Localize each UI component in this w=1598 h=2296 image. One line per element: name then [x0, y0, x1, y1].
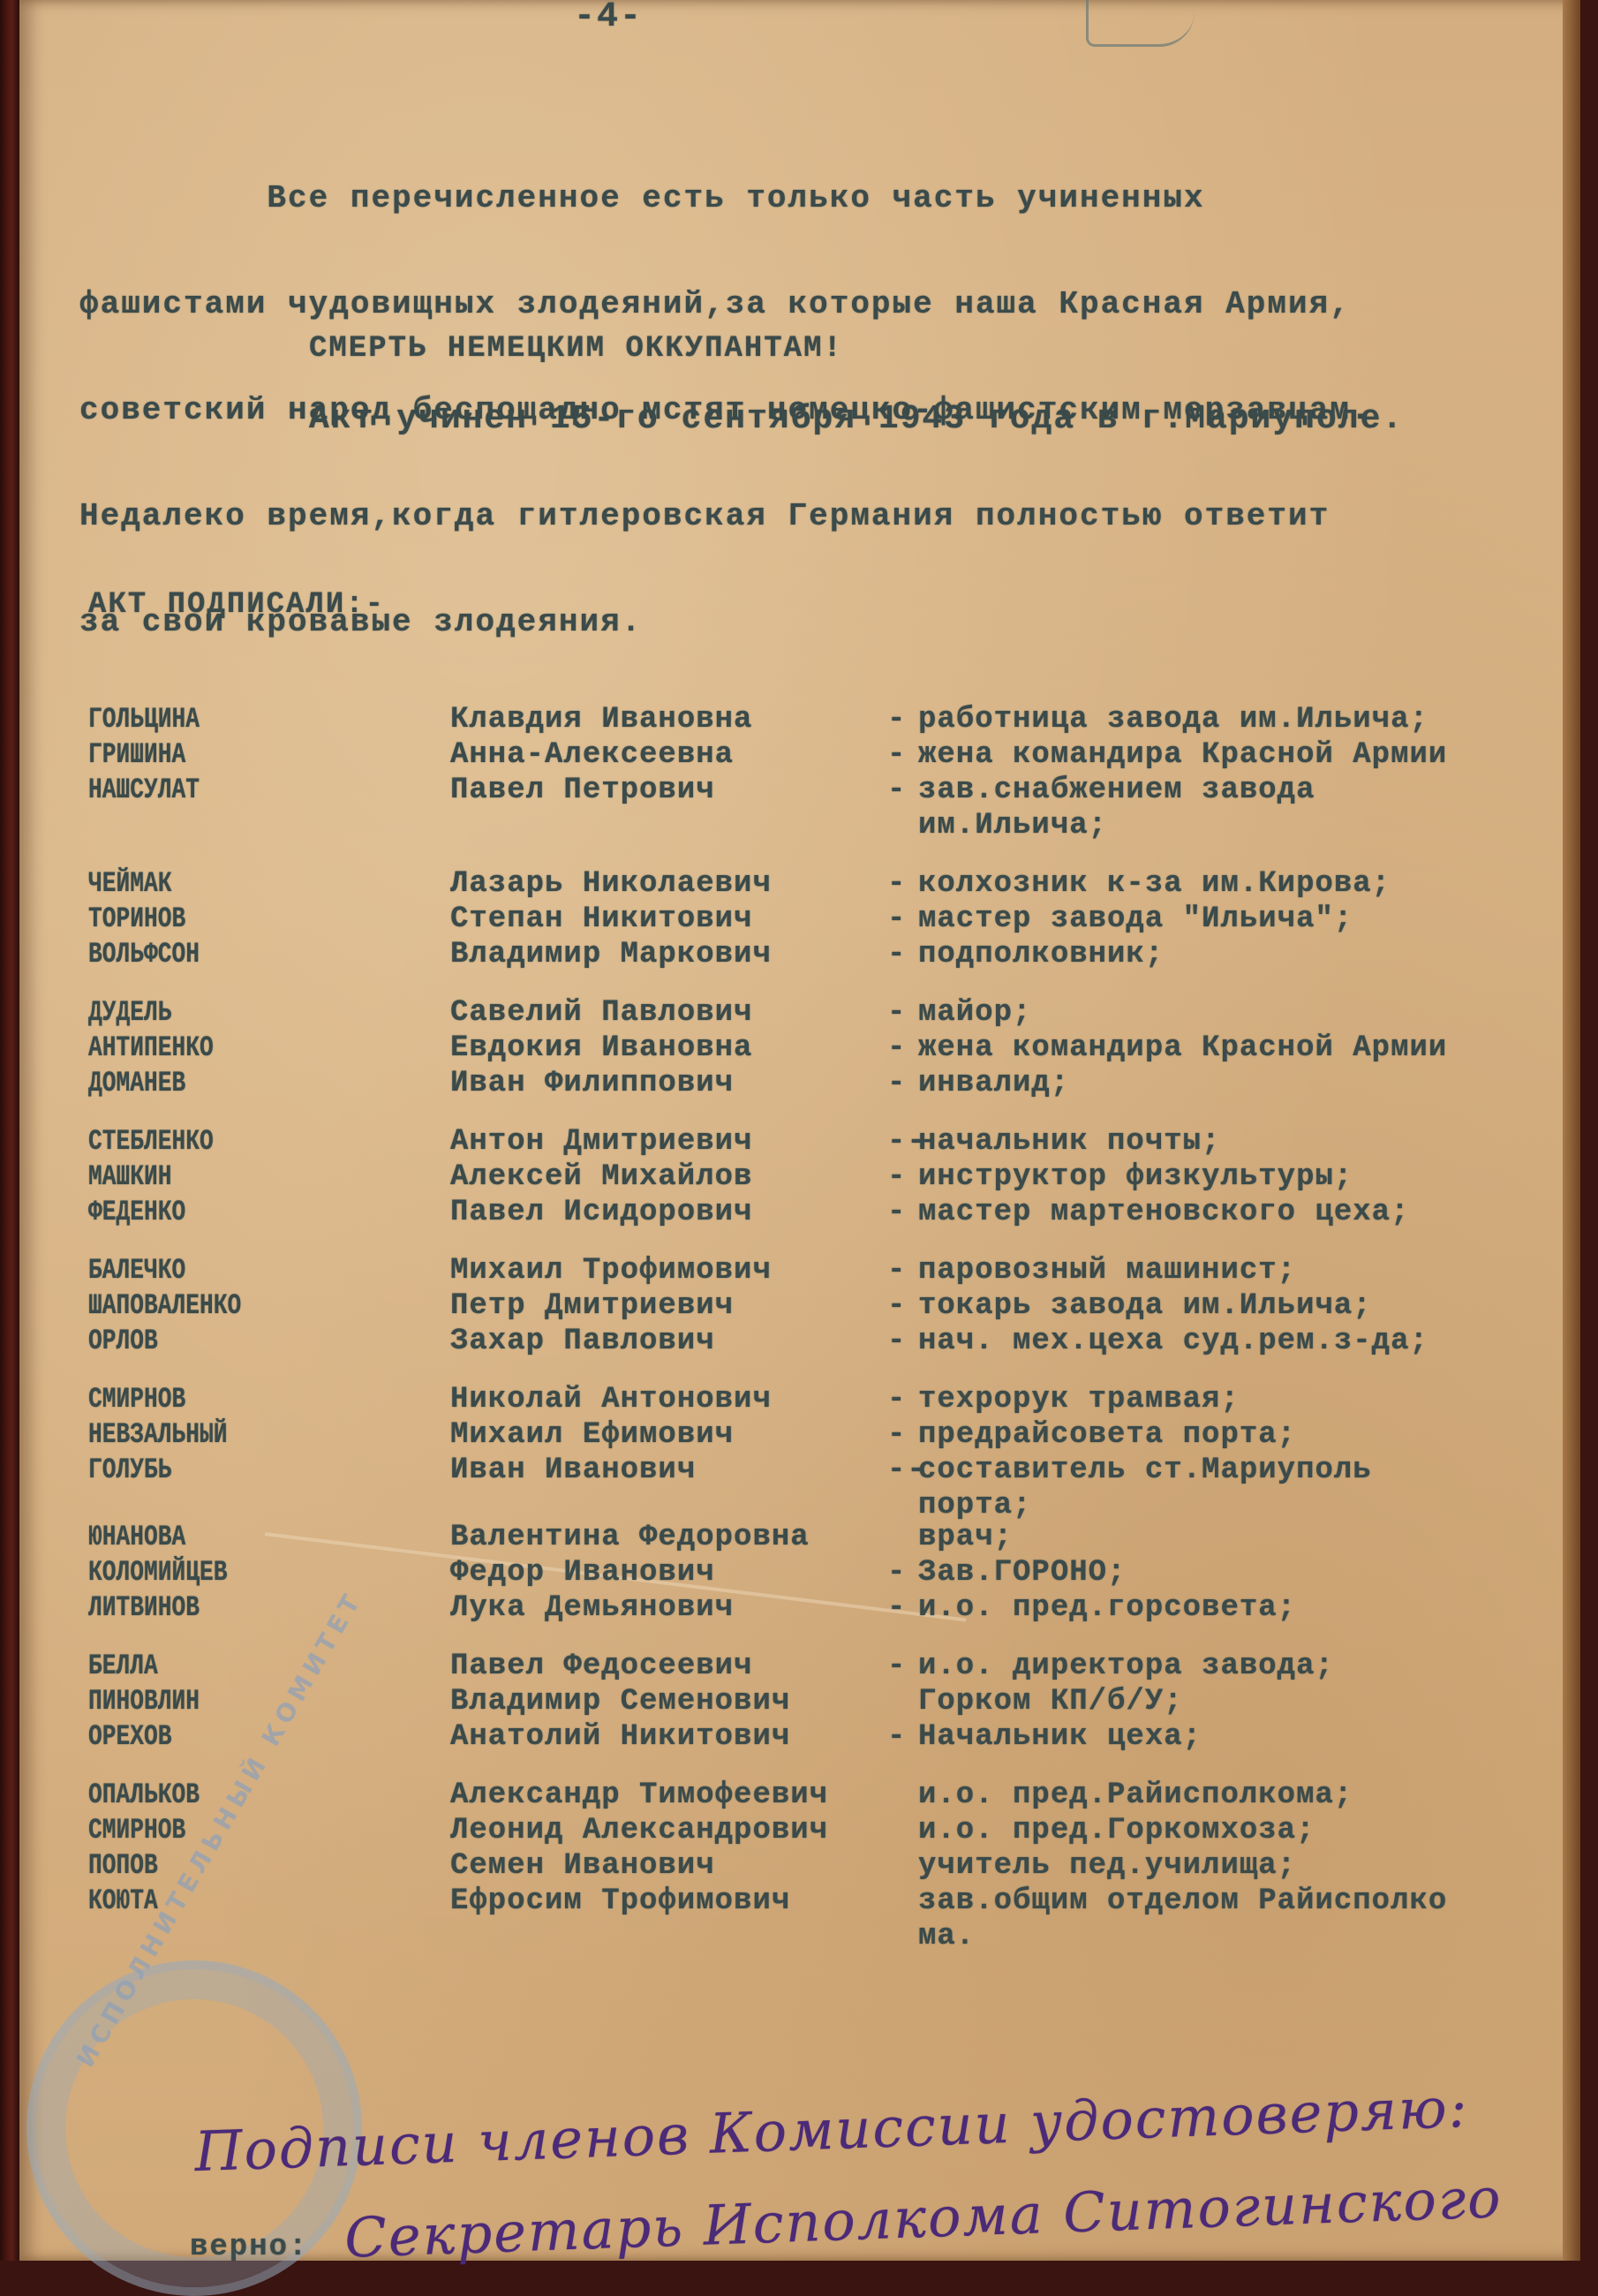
surname: ГРИШИНА [88, 737, 185, 773]
separator: - [887, 702, 907, 737]
given-name: Павел Исидорович [450, 1195, 752, 1230]
surname: ОПАЛЬКОВ [88, 1778, 200, 1813]
role: мастер завода "Ильича"; [918, 902, 1353, 937]
paragraph-line: Недалеко время,когда гитлеровская Герман… [79, 499, 1580, 534]
signatory-group: СМИРНОВ Николай Антонович - техрорук тра… [88, 1382, 1589, 1523]
role: Начальник цеха; [918, 1719, 1202, 1755]
paragraph-line: фашистами чудовищных злодеяний,за которы… [79, 287, 1580, 322]
given-name: Клавдия Ивановна [450, 702, 752, 737]
role: и.о. пред.горсовета; [918, 1590, 1296, 1626]
role-continuation: порта; [918, 1488, 1031, 1523]
signatories-list: ГОЛЬЦИНА Клавдия Ивановна - работница за… [88, 702, 1589, 1977]
separator: - [887, 937, 907, 972]
role: жена командира Красной Армии [918, 737, 1447, 773]
role: инструктор физкультуры; [918, 1159, 1353, 1195]
surname: ФЕДЕНКО [88, 1195, 185, 1230]
given-name: Александр Тимофеевич [450, 1778, 828, 1813]
role: Горком КП/б/У; [918, 1684, 1183, 1719]
act-dateline: Акт учинен 15-го сентября 1943 года в г.… [309, 402, 1404, 437]
surname: ЛИТВИНОВ [88, 1590, 200, 1626]
role: колхозник к-за им.Кирова; [918, 866, 1391, 902]
role: и.о. пред.Горкомхоза; [918, 1813, 1315, 1848]
separator: - [887, 1555, 907, 1590]
paragraph-line: Все перечисленное есть только часть учин… [79, 181, 1580, 216]
role: работница завода им.Ильича; [918, 702, 1428, 737]
role-continuation: им.Ильича; [918, 808, 1107, 843]
role: учитель пед.училища; [918, 1848, 1296, 1884]
surname: ОРЕХОВ [88, 1719, 171, 1755]
given-name: Семен Иванович [450, 1848, 715, 1884]
signatory-row: ЧЕЙМАК Лазарь Николаевич - колхозник к-з… [88, 866, 1589, 902]
surname: АНТИПЕНКО [88, 1031, 214, 1066]
signatory-row: КОЮТА Ефросим Трофимович зав.общим отдел… [88, 1884, 1589, 1954]
separator: - [887, 995, 907, 1031]
signatory-row: СМИРНОВ Николай Антонович - техрорук тра… [88, 1382, 1589, 1417]
signatory-group: ЮНАНОВА Валентина Федоровна врач; КОЛОМИ… [88, 1520, 1589, 1626]
given-name: Владимир Маркович [450, 937, 772, 972]
signatory-row: ФЕДЕНКО Павел Исидорович - мастер мартен… [88, 1195, 1589, 1230]
role: техрорук трамвая; [918, 1382, 1240, 1417]
separator: - [887, 1159, 907, 1195]
surname: БАЛЕЧКО [88, 1253, 185, 1288]
surname: СТЕБЛЕНКО [88, 1124, 214, 1159]
separator: - [887, 1649, 907, 1684]
signatory-group: БАЛЕЧКО Михаил Трофимович - паровозный м… [88, 1253, 1589, 1359]
given-name: Владимир Семенович [450, 1684, 790, 1719]
slogan: СМЕРТЬ НЕМЕЦКИМ ОККУПАНТАМ! [309, 331, 843, 366]
given-name: Иван Иванович [450, 1453, 696, 1488]
given-name: Анатолий Никитович [450, 1719, 790, 1755]
signatory-row: КОЛОМИЙЦЕВ Федор Иванович - Зав.ГОРОНО; [88, 1555, 1589, 1590]
role: токарь завода им.Ильича; [918, 1288, 1372, 1324]
surname: ГОЛЬЦИНА [88, 702, 200, 737]
separator: - [887, 1031, 907, 1066]
surname: ПОПОВ [88, 1848, 158, 1884]
signatory-row: НЕВЗАЛЬНЫЙ Михаил Ефимович - предрайсове… [88, 1417, 1589, 1453]
given-name: Николай Антонович [450, 1382, 772, 1417]
given-name: Антон Дмитриевич [450, 1124, 752, 1159]
given-name: Павел Федосеевич [450, 1649, 752, 1684]
surname: КОЛОМИЙЦЕВ [88, 1555, 227, 1590]
separator: - [887, 1382, 907, 1417]
signatory-row: МАШКИН Алексей Михайлов - инструктор физ… [88, 1159, 1589, 1195]
verno-label: верно: [190, 2230, 308, 2261]
signatory-row: БАЛЕЧКО Михаил Трофимович - паровозный м… [88, 1253, 1589, 1288]
surname: ДОМАНЕВ [88, 1066, 185, 1101]
signatory-row: СМИРНОВ Леонид Александрович и.о. пред.Г… [88, 1813, 1589, 1848]
given-name: Степан Никитович [450, 902, 752, 937]
surname: ВОЛЬФСОН [88, 937, 200, 972]
separator: - [887, 1719, 907, 1755]
signatory-group: ГОЛЬЦИНА Клавдия Ивановна - работница за… [88, 702, 1589, 843]
signatory-row: НАШСУЛАТ Павел Петрович - зав.снабжением… [88, 773, 1589, 843]
role: майор; [918, 995, 1031, 1031]
separator: - [887, 737, 907, 773]
signatory-row: ПОПОВ Семен Иванович учитель пед.училища… [88, 1848, 1589, 1884]
surname: ЮНАНОВА [88, 1520, 185, 1555]
surname: НАШСУЛАТ [88, 773, 200, 808]
signatory-row: ДОМАНЕВ Иван Филиппович - инвалид; [88, 1066, 1589, 1101]
surname: ЧЕЙМАК [88, 866, 171, 902]
given-name: Валентина Федоровна [450, 1520, 810, 1555]
surname: ПИНОВЛИН [88, 1684, 200, 1719]
signatory-row: ОПАЛЬКОВ Александр Тимофеевич и.о. пред.… [88, 1778, 1589, 1813]
signatory-row: ТОРИНОВ Степан Никитович - мастер завода… [88, 902, 1589, 937]
given-name: Павел Петрович [450, 773, 715, 808]
signatory-row: ГРИШИНА Анна-Алексеевна - жена командира… [88, 737, 1589, 773]
given-name: Анна-Алексеевна [450, 737, 734, 773]
separator: - [887, 1324, 907, 1359]
separator: - [887, 1288, 907, 1324]
surname: МАШКИН [88, 1159, 171, 1195]
role: зав.снабжением завода [918, 773, 1315, 808]
surname: ОРЛОВ [88, 1324, 158, 1359]
signatory-row: ВОЛЬФСОН Владимир Маркович - подполковни… [88, 937, 1589, 972]
signatory-group: ЧЕЙМАК Лазарь Николаевич - колхозник к-з… [88, 866, 1589, 972]
surname: БЕЛЛА [88, 1649, 158, 1684]
signatory-row: ЛИТВИНОВ Лука Демьянович - и.о. пред.гор… [88, 1590, 1589, 1626]
signatory-row: ОРЛОВ Захар Павлович - нач. мех.цеха суд… [88, 1324, 1589, 1359]
given-name: Савелий Павлович [450, 995, 752, 1031]
given-name: Алексей Михайлов [450, 1159, 752, 1195]
given-name: Лука Демьянович [450, 1590, 734, 1626]
signatory-group: ОПАЛЬКОВ Александр Тимофеевич и.о. пред.… [88, 1778, 1589, 1954]
book-binding [0, 0, 19, 2261]
surname: ГОЛУБЬ [88, 1453, 171, 1488]
signatory-row: ШАПОВАЛЕНКО Петр Дмитриевич - токарь зав… [88, 1288, 1589, 1324]
signatories-header: АКТ ПОДПИСАЛИ:- [88, 587, 385, 623]
role: паровозный машинист; [918, 1253, 1296, 1288]
given-name: Федор Иванович [450, 1555, 715, 1590]
signatory-row: ОРЕХОВ Анатолий Никитович - Начальник це… [88, 1719, 1589, 1755]
role: и.о. пред.Райисполкома; [918, 1778, 1353, 1813]
given-name: Петр Дмитриевич [450, 1288, 734, 1324]
role: и.о. директора завода; [918, 1649, 1334, 1684]
given-name: Захар Павлович [450, 1324, 715, 1359]
role: нач. мех.цеха суд.рем.з-да; [918, 1324, 1428, 1359]
surname: ТОРИНОВ [88, 902, 185, 937]
separator: - [887, 1590, 907, 1626]
separator: - [887, 866, 907, 902]
given-name: Лазарь Николаевич [450, 866, 772, 902]
surname: ШАПОВАЛЕНКО [88, 1288, 241, 1324]
signatory-row: АНТИПЕНКО Евдокия Ивановна - жена команд… [88, 1031, 1589, 1066]
role: мастер мартеновского цеха; [918, 1195, 1410, 1230]
role: Зав.ГОРОНО; [918, 1555, 1126, 1590]
signatory-row: СТЕБЛЕНКО Антон Дмитриевич -- начальник … [88, 1124, 1589, 1159]
separator: - [887, 1066, 907, 1101]
given-name: Леонид Александрович [450, 1813, 828, 1848]
role-continuation: ма. [918, 1919, 975, 1954]
given-name: Евдокия Ивановна [450, 1031, 752, 1066]
given-name: Иван Филиппович [450, 1066, 734, 1101]
role: инвалид; [918, 1066, 1069, 1101]
role: составитель ст.Мариуполь [918, 1453, 1372, 1488]
surname: СМИРНОВ [88, 1382, 185, 1417]
role: начальник почты; [918, 1124, 1220, 1159]
separator: - [887, 1417, 907, 1453]
separator: - [887, 902, 907, 937]
separator: - [887, 773, 907, 808]
separator: - [887, 1253, 907, 1288]
signatory-group: СТЕБЛЕНКО Антон Дмитриевич -- начальник … [88, 1124, 1589, 1230]
separator: - [887, 1195, 907, 1230]
signatory-group: ДУДЕЛЬ Савелий Павлович - майор; АНТИПЕН… [88, 995, 1589, 1101]
signatory-row: ГОЛУБЬ Иван Иванович -- составитель ст.М… [88, 1453, 1589, 1523]
role: жена командира Красной Армии [918, 1031, 1447, 1066]
page-number: -4- [574, 0, 643, 35]
pencil-page-mark [1086, 0, 1195, 47]
surname: КОЮТА [88, 1884, 158, 1919]
surname: НЕВЗАЛЬНЫЙ [88, 1417, 227, 1453]
surname: СМИРНОВ [88, 1813, 185, 1848]
signatory-row: ЮНАНОВА Валентина Федоровна врач; [88, 1520, 1589, 1555]
signatory-row: ДУДЕЛЬ Савелий Павлович - майор; [88, 995, 1589, 1031]
role: зав.общим отделом Райисполко [918, 1884, 1447, 1919]
signatory-row: ГОЛЬЦИНА Клавдия Ивановна - работница за… [88, 702, 1589, 737]
surname: ДУДЕЛЬ [88, 995, 171, 1031]
given-name: Ефросим Трофимович [450, 1884, 790, 1919]
role: предрайсовета порта; [918, 1417, 1296, 1453]
given-name: Михаил Ефимович [450, 1417, 734, 1453]
role: врач; [918, 1520, 1013, 1555]
role: подполковник; [918, 937, 1164, 972]
given-name: Михаил Трофимович [450, 1253, 772, 1288]
